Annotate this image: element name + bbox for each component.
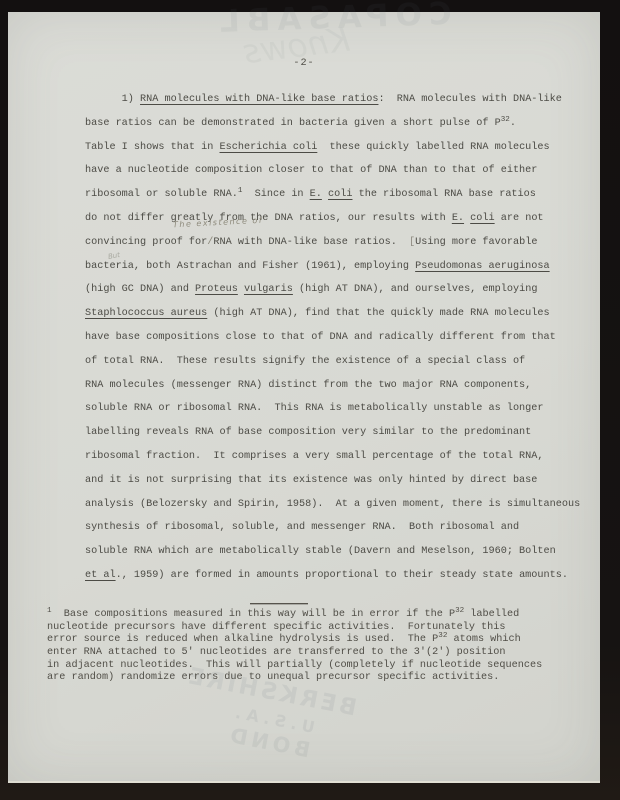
text-segment: atoms which — [447, 634, 520, 645]
underlined-text: Escherichia coli — [220, 142, 318, 153]
text-segment: these quickly labelled RNA molecules — [317, 142, 549, 153]
text-segment: RNA molecules (messenger RNA) distinct f… — [85, 380, 531, 391]
text-line: ribosomal or soluble RNA.1 Since in E. c… — [85, 183, 590, 207]
text-segment: Base compositions measured in this way w… — [52, 609, 456, 620]
text-segment: RNA with DNA-like base ratios. — [213, 237, 409, 248]
text-line: have a nucleotide composition closer to … — [85, 159, 590, 183]
text-line: bacteria, both Astrachan and Fisher (196… — [85, 255, 590, 279]
paper-page: COPASABL Knows BERKSHIRE U.S.A. BOND -2-… — [8, 12, 600, 783]
text-segment: analysis (Belozersky and Spirin, 1958). … — [85, 499, 580, 510]
text-segment: in adjacent nucleotides. This will parti… — [47, 660, 542, 671]
text-segment: ribosomal or soluble RNA. — [85, 189, 238, 200]
text-line: soluble RNA or ribosomal RNA. This RNA i… — [85, 397, 590, 421]
text-line: Table I shows that in Escherichia coli t… — [85, 136, 590, 160]
text-line: of total RNA. These results signify the … — [85, 350, 590, 374]
text-segment: bacteria, both Astrachan and Fisher (196… — [85, 261, 415, 272]
text-line: ribosomal fraction. It comprises a very … — [85, 445, 590, 469]
underlined-text: coli — [328, 189, 352, 200]
text-segment: have a nucleotide composition closer to … — [85, 165, 537, 176]
text-segment: enter RNA attached to 5' nucleotides are… — [47, 647, 506, 658]
underlined-text: coli — [470, 213, 494, 224]
text-segment: base ratios can be demonstrated in bacte… — [85, 118, 501, 129]
text-segment: error source is reduced when alkaline hy… — [47, 634, 438, 645]
footnote-separator — [250, 603, 308, 604]
text-segment: . — [510, 118, 516, 129]
text-segment: (high AT DNA), and ourselves, employing — [293, 284, 538, 295]
text-segment: Using more favorable — [415, 237, 537, 248]
handwritten-insertion: The existence of — [173, 209, 264, 237]
text-line: do not differ greatly from the DNA ratio… — [85, 207, 590, 231]
underlined-text: et al — [85, 570, 116, 581]
text-segment: ribosomal fraction. It comprises a very … — [85, 451, 544, 462]
text-segment: (high GC DNA) and — [85, 284, 195, 295]
body-text: 1) RNA molecules with DNA-like base rati… — [85, 88, 590, 588]
text-segment: are random) randomize errors due to uneq… — [47, 672, 499, 683]
text-segment: nucleotide precursors have different spe… — [47, 622, 506, 633]
underlined-text: Pseudomonas aeruginosa — [415, 261, 550, 272]
underlined-text: E. — [452, 213, 464, 224]
text-line: are random) randomize errors due to uneq… — [47, 672, 592, 685]
text-segment: Since in — [242, 189, 309, 200]
text-segment: 1) — [85, 94, 140, 105]
superscript: 32 — [455, 607, 464, 615]
text-segment: soluble RNA which are metabolically stab… — [85, 546, 556, 557]
text-line: convincing proof for/The existence ofRNA… — [85, 231, 590, 255]
text-line: and it is not surprising that its existe… — [85, 469, 590, 493]
text-line: enter RNA attached to 5' nucleotides are… — [47, 647, 592, 660]
text-line: have base compositions close to that of … — [85, 326, 590, 350]
text-line: Staphlococcus aureus (high AT DNA), find… — [85, 302, 590, 326]
scanned-document: { "document": { "page_number": "-2-", "b… — [0, 0, 620, 800]
bleedthrough-block-text: COPASABL — [212, 0, 452, 40]
watermark-line: U.S.A. — [192, 695, 353, 744]
text-segment: have base compositions close to that of … — [85, 332, 556, 343]
text-line: labelling reveals RNA of base compositio… — [85, 421, 590, 445]
footnote-text: 1 Base compositions measured in this way… — [47, 609, 592, 685]
underlined-text: Proteus — [195, 284, 238, 295]
text-segment: are not — [495, 213, 544, 224]
underlined-text: vulgaris — [244, 284, 293, 295]
text-line: (high GC DNA) and Proteus vulgaris (high… — [85, 278, 590, 302]
text-line: nucleotide precursors have different spe… — [47, 622, 592, 635]
text-line: error source is reduced when alkaline hy… — [47, 634, 592, 647]
text-line: 1 Base compositions measured in this way… — [47, 609, 592, 622]
text-line: analysis (Belozersky and Spirin, 1958). … — [85, 493, 590, 517]
superscript: 32 — [501, 116, 510, 124]
text-segment: and it is not surprising that its existe… — [85, 475, 537, 486]
text-segment: synthesis of ribosomal, soluble, and mes… — [85, 522, 519, 533]
text-segment: labelled — [464, 609, 519, 620]
text-segment: : RNA molecules with DNA-like — [378, 94, 561, 105]
text-segment: of total RNA. These results signify the … — [85, 356, 525, 367]
text-line: soluble RNA which are metabolically stab… — [85, 540, 590, 564]
text-segment: ., 1959) are formed in amounts proportio… — [116, 570, 568, 581]
text-segment: convincing proof for — [85, 237, 207, 248]
text-line: 1) RNA molecules with DNA-like base rati… — [85, 88, 590, 112]
page-number: -2- — [8, 58, 600, 69]
text-segment: (high AT DNA), find that the quickly mad… — [207, 308, 549, 319]
text-segment: do not differ greatly from the DNA ratio… — [85, 213, 452, 224]
underlined-text: E. — [310, 189, 322, 200]
insertion-caret: /The existence of — [207, 237, 213, 248]
text-segment: soluble RNA or ribosomal RNA. This RNA i… — [85, 403, 544, 414]
watermark-line: BOND — [187, 715, 349, 769]
text-line: base ratios can be demonstrated in bacte… — [85, 112, 590, 136]
text-segment: labelling reveals RNA of base compositio… — [85, 427, 531, 438]
text-line: RNA molecules (messenger RNA) distinct f… — [85, 374, 590, 398]
text-segment: the ribosomal RNA base ratios — [352, 189, 535, 200]
underlined-text: Staphlococcus aureus — [85, 308, 207, 319]
underlined-text: RNA molecules with DNA-like base ratios — [140, 94, 378, 105]
text-line: synthesis of ribosomal, soluble, and mes… — [85, 516, 590, 540]
text-line: in adjacent nucleotides. This will parti… — [47, 660, 592, 673]
text-segment: Table I shows that in — [85, 142, 220, 153]
text-line: et al., 1959) are formed in amounts prop… — [85, 564, 590, 588]
